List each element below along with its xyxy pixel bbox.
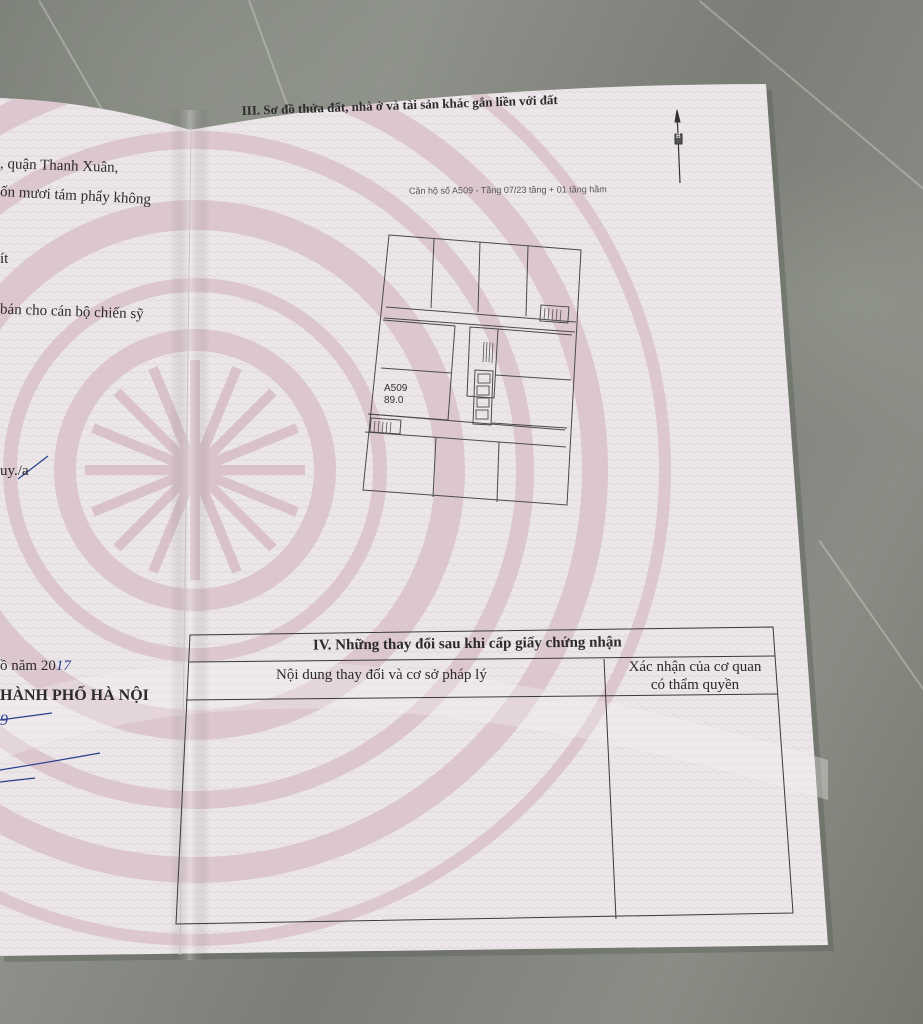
section-4-title: IV. Những thay đổi sau khi cấp giấy chứn… (313, 634, 622, 654)
unit-area-label: 89.0 (384, 395, 403, 406)
column-header-confirmation-line-1: Xác nhận của cơ quan (620, 658, 770, 676)
left-page-line-3: ít (0, 251, 8, 268)
left-page-line-5: uy./a (0, 463, 29, 480)
column-header-confirmation: Xác nhận của cơ quan có thẩm quyền (620, 658, 770, 694)
issue-date-line: ồ năm 2017 (0, 658, 71, 675)
column-header-changes: Nội dung thay đổi và cơ sở pháp lý (276, 666, 487, 684)
issue-year-handwritten: 17 (56, 658, 71, 674)
issue-date-prefix: ồ năm 20 (0, 658, 56, 674)
issuing-authority: HÀNH PHỐ HÀ NỘI (0, 687, 149, 705)
column-header-confirmation-line-2: có thẩm quyền (620, 676, 770, 694)
unit-code-label: A509 (384, 383, 407, 394)
north-label: B (676, 133, 681, 140)
certificate-booklet: , quận Thanh Xuân, ốn mươi tám phẩy khôn… (0, 0, 923, 1024)
floor-plan-caption: Căn hộ số A509 - Tầng 07/23 tầng + 01 tầ… (409, 184, 607, 196)
signature-mark: 9 (0, 712, 8, 730)
booklet-pages-graphic (0, 0, 923, 1024)
